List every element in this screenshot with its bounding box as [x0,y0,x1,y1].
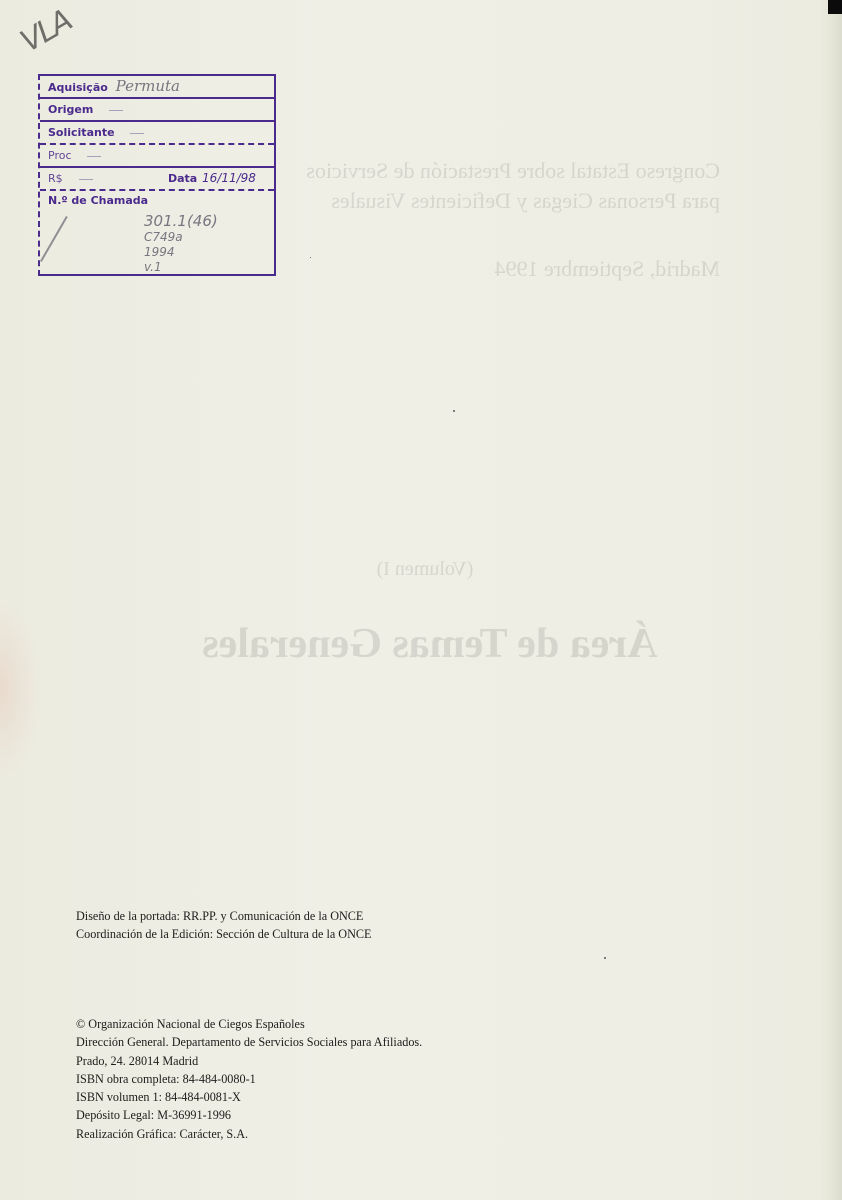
call-number: 301.1(46) C749a 1994 v.1 [144,212,218,275]
stamp-label: Aquisição [48,81,108,94]
paper-speck [310,257,311,258]
call-number-line: 301.1(46) [144,212,218,230]
page-edge [820,0,842,1200]
stamp-row-origin: Origem [40,99,274,122]
stamp-handwritten-value: Permuta [116,77,180,95]
stamp-row-acquisition: Aquisição Permuta [40,76,274,99]
stamp-row-requester: Solicitante [40,122,274,145]
isbn-volume-line: ISBN volumen 1: 84-484-0081-X [76,1088,422,1106]
call-number-line: C749a [144,230,218,245]
stamp-blank-dash [109,110,123,111]
show-through-line: Congreso Estatal sobre Prestación de Ser… [300,158,720,184]
stamp-row-price-date: R$ Data 16/11/98 [40,168,274,191]
credit-line: Diseño de la portada: RR.PP. y Comunicac… [76,907,371,925]
printing-line: Realización Gráfica: Carácter, S.A. [76,1125,422,1143]
legal-deposit-line: Depósito Legal: M-36991-1996 [76,1106,422,1124]
address-line: Prado, 24. 28014 Madrid [76,1052,422,1070]
isbn-complete-line: ISBN obra completa: 84-484-0080-1 [76,1070,422,1088]
stamp-blank-dash [87,156,101,157]
show-through-line: Madrid, Septiembre 1994 [390,256,720,282]
show-through-line: para Personas Ciegas y Deficientes Visua… [330,188,720,214]
stamp-label: R$ [48,172,63,185]
pencil-initials: VLA [15,3,77,59]
stamp-blank-dash [79,179,93,180]
credit-line: Dirección General. Departamento de Servi… [76,1033,422,1051]
document-page: VLA Aquisição Permuta Origem Solicitante… [0,0,842,1200]
paper-speck [453,410,455,412]
copyright-line: © Organización Nacional de Ciegos Españo… [76,1015,422,1033]
call-number-line: 1994 [144,245,218,260]
credit-line: Coordinación de la Edición: Sección de C… [76,925,371,943]
legal-credits: © Organización Nacional de Ciegos Españo… [76,1015,422,1143]
scan-corner [828,0,842,14]
design-credits: Diseño de la portada: RR.PP. y Comunicac… [76,907,371,944]
stamp-date-value: 16/11/98 [202,168,256,189]
show-through-title: Área de Temas Generales [180,620,680,668]
stamp-row-proc: Proc [40,145,274,168]
show-through-volume: (Volumen I) [350,558,500,581]
stamp-blank-dash [130,133,144,134]
stamp-call-number-label: N.º de Chamada [48,194,148,207]
stamp-date-label: Data [168,168,197,189]
call-number-line: v.1 [144,260,218,275]
library-stamp: Aquisição Permuta Origem Solicitante Pro… [38,74,276,276]
stamp-label: Origem [48,103,93,116]
stamp-label: Solicitante [48,126,115,139]
paper-speck [604,957,606,959]
pencil-slash [40,216,67,262]
stamp-label: Proc [48,149,72,162]
